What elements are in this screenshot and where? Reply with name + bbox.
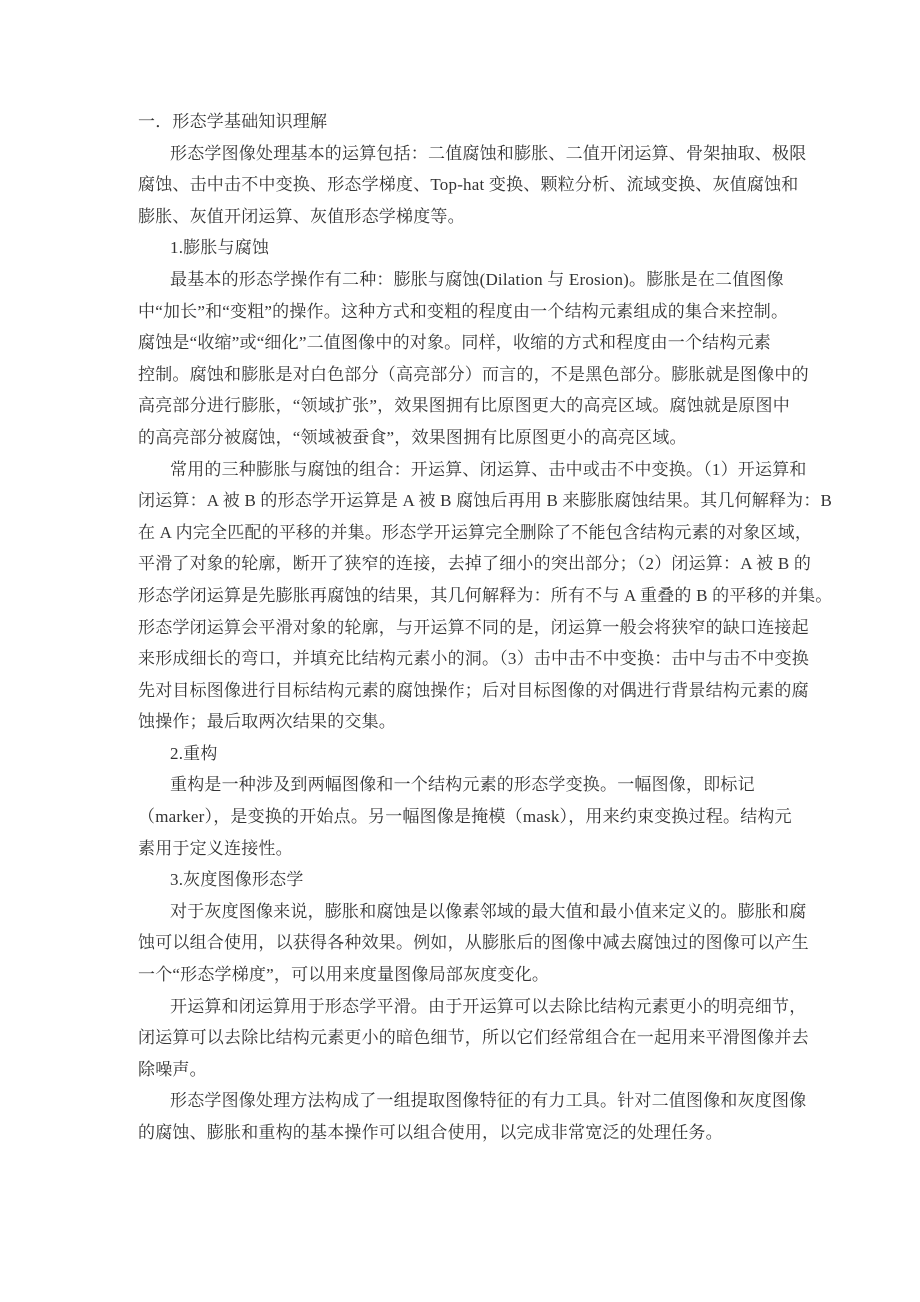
text-line: 形态学图像处理方法构成了一组提取图像特征的有力工具。针对二值图像和灰度图像 xyxy=(138,1085,790,1117)
text-line: 常用的三种膨胀与腐蚀的组合：开运算、闭运算、击中或击不中变换。（1）开运算和 xyxy=(138,454,790,486)
text-line: 高亮部分进行膨胀，“领域扩张”，效果图拥有比原图更大的高亮区域。腐蚀就是原图中 xyxy=(138,390,790,422)
paragraph-subheading: 2.重构 xyxy=(138,738,790,770)
paragraph: 常用的三种膨胀与腐蚀的组合：开运算、闭运算、击中或击不中变换。（1）开运算和闭运… xyxy=(138,454,790,738)
text-line: 形态学图像处理基本的运算包括：二值腐蚀和膨胀、二值开闭运算、骨架抽取、极限 xyxy=(138,138,790,170)
text-line: 最基本的形态学操作有二种：膨胀与腐蚀(Dilation 与 Erosion)。膨… xyxy=(138,264,790,296)
paragraph: 最基本的形态学操作有二种：膨胀与腐蚀(Dilation 与 Erosion)。膨… xyxy=(138,264,790,454)
text-line: 闭运算：A 被 B 的形态学开运算是 A 被 B 腐蚀后再用 B 来膨胀腐蚀结果… xyxy=(138,485,790,517)
text-line: 重构是一种涉及到两幅图像和一个结构元素的形态学变换。一幅图像，即标记 xyxy=(138,769,790,801)
text-line: 先对目标图像进行目标结构元素的腐蚀操作；后对目标图像的对偶进行背景结构元素的腐 xyxy=(138,675,790,707)
text-line: 在 A 内完全匹配的平移的并集。形态学开运算完全删除了不能包含结构元素的对象区域… xyxy=(138,517,790,549)
text-line: 蚀可以组合使用，以获得各种效果。例如，从膨胀后的图像中减去腐蚀过的图像可以产生 xyxy=(138,927,790,959)
paragraph: 形态学图像处理方法构成了一组提取图像特征的有力工具。针对二值图像和灰度图像的腐蚀… xyxy=(138,1085,790,1148)
paragraph: 开运算和闭运算用于形态学平滑。由于开运算可以去除比结构元素更小的明亮细节，闭运算… xyxy=(138,991,790,1086)
text-line: 的高亮部分被腐蚀，“领域被蚕食”，效果图拥有比原图更小的高亮区域。 xyxy=(138,422,790,454)
document-page: 一．形态学基础知识理解形态学图像处理基本的运算包括：二值腐蚀和膨胀、二值开闭运算… xyxy=(0,0,920,1302)
text-line: 3.灰度图像形态学 xyxy=(138,864,790,896)
paragraph: 形态学图像处理基本的运算包括：二值腐蚀和膨胀、二值开闭运算、骨架抽取、极限腐蚀、… xyxy=(138,138,790,233)
text-line: 除噪声。 xyxy=(138,1054,790,1086)
text-line: 一．形态学基础知识理解 xyxy=(138,106,790,138)
text-line: 形态学闭运算是先膨胀再腐蚀的结果，其几何解释为：所有不与 A 重叠的 B 的平移… xyxy=(138,580,790,612)
document-content: 一．形态学基础知识理解形态学图像处理基本的运算包括：二值腐蚀和膨胀、二值开闭运算… xyxy=(138,106,790,1149)
paragraph-subheading: 3.灰度图像形态学 xyxy=(138,864,790,896)
paragraph-subheading: 1.膨胀与腐蚀 xyxy=(138,232,790,264)
paragraph: 对于灰度图像来说，膨胀和腐蚀是以像素邻域的最大值和最小值来定义的。膨胀和腐蚀可以… xyxy=(138,896,790,991)
paragraph: 重构是一种涉及到两幅图像和一个结构元素的形态学变换。一幅图像，即标记（marke… xyxy=(138,769,790,864)
text-line: 对于灰度图像来说，膨胀和腐蚀是以像素邻域的最大值和最小值来定义的。膨胀和腐 xyxy=(138,896,790,928)
text-line: 1.膨胀与腐蚀 xyxy=(138,232,790,264)
text-line: 来形成细长的弯口，并填充比结构元素小的洞。（3）击中击不中变换：击中与击不中变换 xyxy=(138,643,790,675)
text-line: 的腐蚀、膨胀和重构的基本操作可以组合使用，以完成非常宽泛的处理任务。 xyxy=(138,1117,790,1149)
text-line: 膨胀、灰值开闭运算、灰值形态学梯度等。 xyxy=(138,201,790,233)
text-line: 2.重构 xyxy=(138,738,790,770)
text-line: 腐蚀是“收缩”或“细化”二值图像中的对象。同样，收缩的方式和程度由一个结构元素 xyxy=(138,327,790,359)
text-line: 中“加长”和“变粗”的操作。这种方式和变粗的程度由一个结构元素组成的集合来控制。 xyxy=(138,296,790,328)
text-line: （marker），是变换的开始点。另一幅图像是掩模（mask），用来约束变换过程… xyxy=(138,801,790,833)
paragraph-section-heading: 一．形态学基础知识理解 xyxy=(138,106,790,138)
text-line: 控制。腐蚀和膨胀是对白色部分（高亮部分）而言的，不是黑色部分。膨胀就是图像中的 xyxy=(138,359,790,391)
text-line: 蚀操作；最后取两次结果的交集。 xyxy=(138,706,790,738)
text-line: 腐蚀、击中击不中变换、形态学梯度、Top-hat 变换、颗粒分析、流域变换、灰值… xyxy=(138,169,790,201)
text-line: 平滑了对象的轮廓，断开了狭窄的连接，去掉了细小的突出部分；（2）闭运算：A 被 … xyxy=(138,548,790,580)
text-line: 开运算和闭运算用于形态学平滑。由于开运算可以去除比结构元素更小的明亮细节， xyxy=(138,991,790,1023)
text-line: 素用于定义连接性。 xyxy=(138,833,790,865)
text-line: 形态学闭运算会平滑对象的轮廓，与开运算不同的是，闭运算一般会将狭窄的缺口连接起 xyxy=(138,612,790,644)
text-line: 一个“形态学梯度”，可以用来度量图像局部灰度变化。 xyxy=(138,959,790,991)
text-line: 闭运算可以去除比结构元素更小的暗色细节，所以它们经常组合在一起用来平滑图像并去 xyxy=(138,1022,790,1054)
